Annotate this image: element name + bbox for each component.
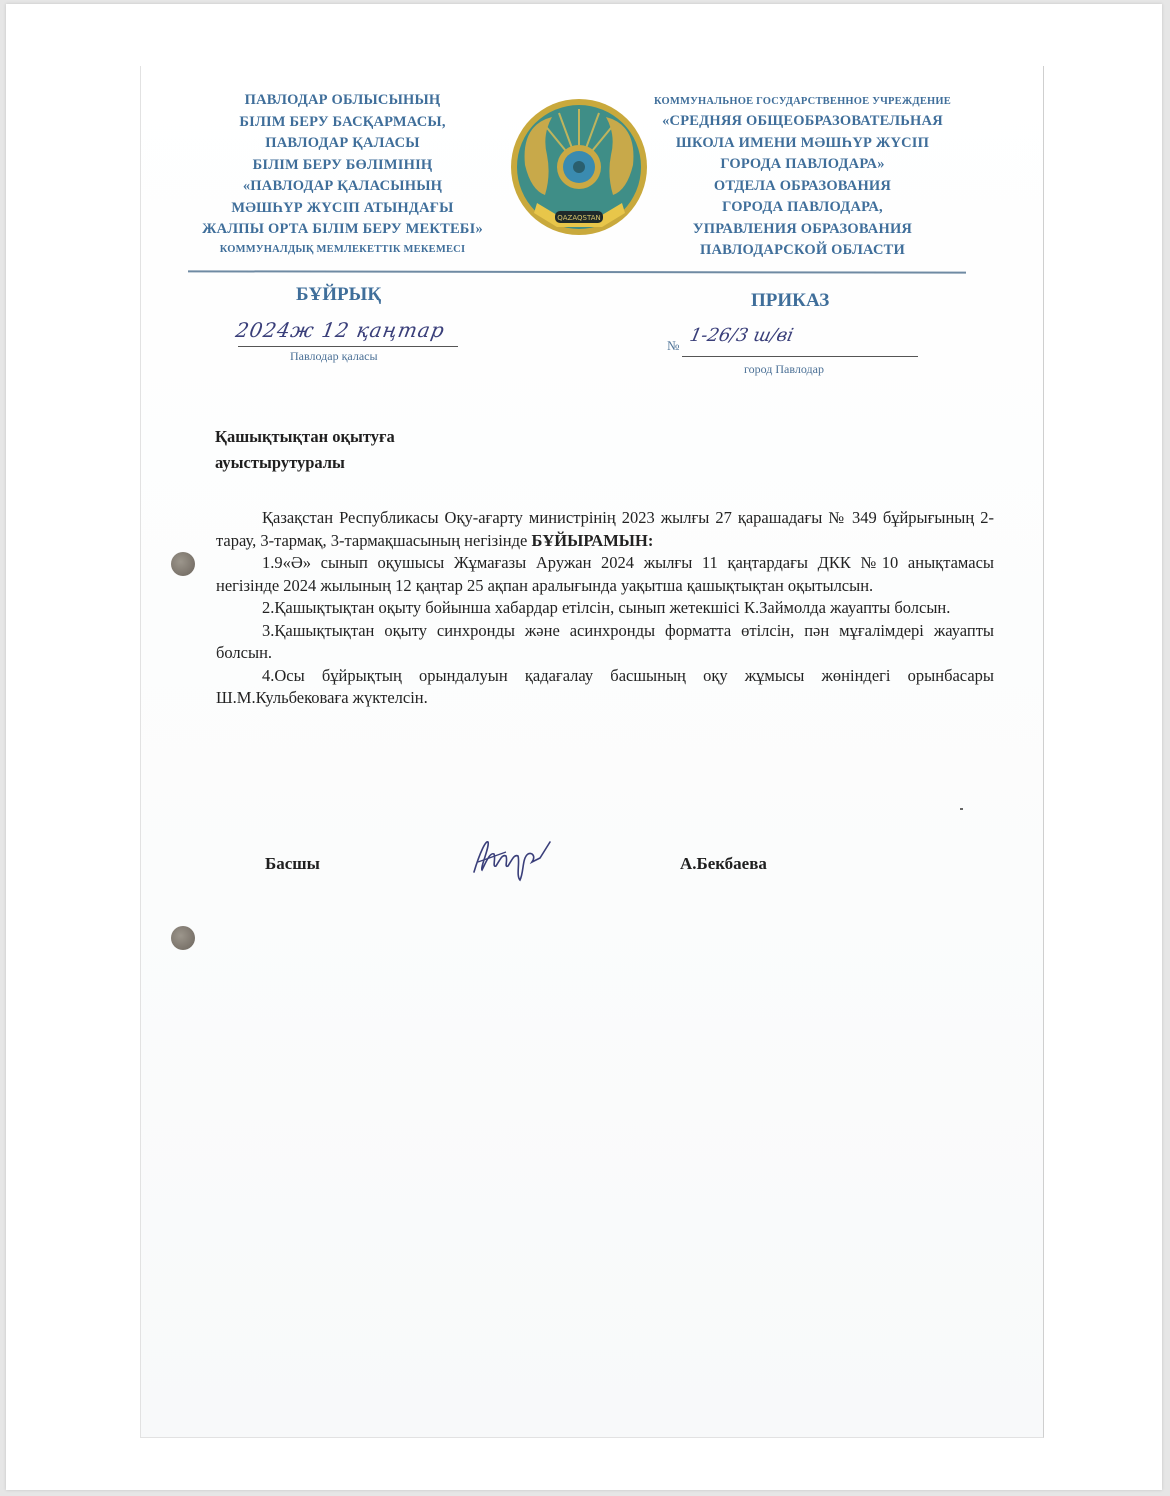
order-item: 2.Қашықтықтан оқыту бойынша хабардар еті… [216, 597, 994, 620]
letterhead-line: БІЛІМ БЕРУ БАСҚАРМАСЫ, [180, 112, 505, 134]
order-item: 1.9«Ә» сынып оқушысы Жұмағазы Аружан 202… [216, 552, 994, 597]
letterhead-line: ПАВЛОДАР ҚАЛАСЫ [180, 133, 505, 155]
handwritten-signature-icon [466, 832, 566, 882]
letterhead-kazakh: ПАВЛОДАР ОБЛЫСЫНЫҢ БІЛІМ БЕРУ БАСҚАРМАСЫ… [180, 90, 505, 259]
letterhead-line: УПРАВЛЕНИЯ ОБРАЗОВАНИЯ [625, 219, 980, 241]
order-item: 3.Қашықтықтан оқыту синхронды және асинх… [216, 620, 994, 665]
letterhead-line: БІЛІМ БЕРУ БӨЛІМІНІҢ [180, 155, 505, 177]
handwritten-order-number: 1-26/3 ш/ві [688, 325, 795, 346]
intro-directive: БҰЙЫРАМЫН: [531, 531, 653, 550]
letterhead-line: ПАВЛОДАРСКОЙ ОБЛАСТИ [625, 240, 980, 262]
letterhead-line: ШКОЛА ИМЕНИ МӘШҺҮР ЖҮСІП [625, 133, 980, 155]
order-body: Қазақстан Республикасы Оқу-ағарту минист… [216, 507, 994, 710]
punch-hole [171, 552, 195, 576]
signatory-role: Басшы [265, 854, 320, 874]
letterhead-small: КОММУНАЛДЫҚ МЕМЛЕКЕТТІК МЕКЕМЕСІ [180, 241, 505, 259]
letterhead-line: МӘШҺҮР ЖҮСІП АТЫНДАҒЫ [180, 198, 505, 220]
letterhead-line: ГОРОДА ПАВЛОДАРА» [625, 154, 980, 176]
order-item: 4.Осы бұйрықтың орындалуын қадағалау бас… [216, 665, 994, 710]
letterhead-line: ОТДЕЛА ОБРАЗОВАНИЯ [625, 176, 980, 198]
number-underline [682, 356, 918, 357]
order-title-kazakh: БҰЙРЫҚ [296, 284, 381, 306]
order-title-russian: ПРИКАЗ [751, 290, 829, 312]
intro-paragraph: Қазақстан Республикасы Оқу-ағарту минист… [216, 507, 994, 552]
letterhead-line: ЖАЛПЫ ОРТА БІЛІМ БЕРУ МЕКТЕБІ» [180, 219, 505, 241]
city-russian: город Павлодар [744, 362, 824, 377]
order-subject: Қашықтықтан оқытуға ауыстырутуралы [215, 424, 515, 476]
letterhead-line: ПАВЛОДАР ОБЛЫСЫНЫҢ [180, 90, 505, 112]
emblem-ribbon-text: QAZAQSTAN [557, 214, 600, 222]
letterhead-russian: КОММУНАЛЬНОЕ ГОСУДАРСТВЕННОЕ УЧРЕЖДЕНИЕ … [625, 93, 980, 262]
subject-line: Қашықтықтан оқытуға [215, 424, 515, 450]
paper-speck [960, 808, 963, 810]
letterhead-small: КОММУНАЛЬНОЕ ГОСУДАРСТВЕННОЕ УЧРЕЖДЕНИЕ [625, 93, 980, 111]
letterhead-line: «СРЕДНЯЯ ОБЩЕОБРАЗОВАТЕЛЬНАЯ [625, 111, 980, 133]
number-label: № [667, 338, 679, 354]
date-underline [238, 346, 458, 347]
letterhead-line: ГОРОДА ПАВЛОДАРА, [625, 197, 980, 219]
signatory-name: А.Бекбаева [680, 854, 767, 874]
subject-line: ауыстырутуралы [215, 450, 515, 476]
handwritten-date: 2024ж 12 қаңтар [234, 318, 478, 342]
punch-hole [171, 926, 195, 950]
city-kazakh: Павлодар қаласы [290, 349, 378, 364]
letterhead-line: «ПАВЛОДАР ҚАЛАСЫНЫҢ [180, 176, 505, 198]
